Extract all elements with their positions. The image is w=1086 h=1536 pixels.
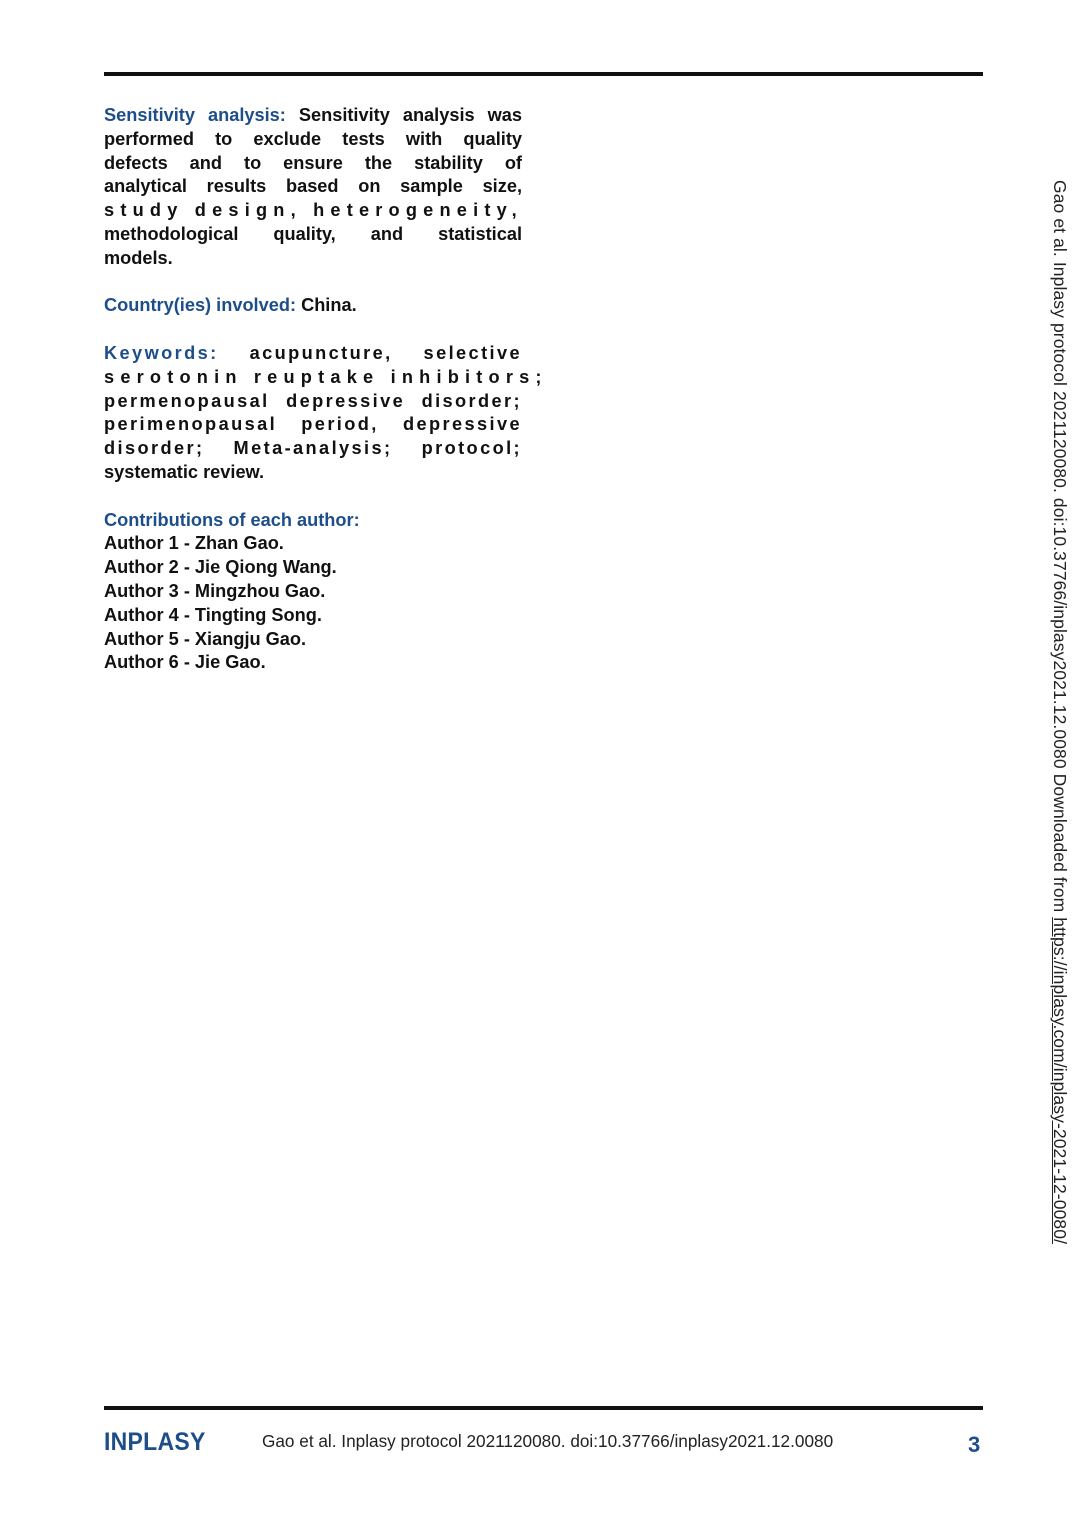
journal-logo: INPLASY — [104, 1428, 206, 1457]
author-list: Author 1 - Zhan Gao. Author 2 - Jie Qion… — [104, 532, 522, 675]
keywords-section: Keywords: acupuncture, selective seroton… — [104, 342, 522, 485]
author-item: Author 1 - Zhan Gao. — [104, 532, 522, 556]
header-rule — [104, 72, 983, 76]
contributions-label: Contributions of each author: — [104, 509, 522, 533]
author-item: Author 4 - Tingting Song. — [104, 604, 522, 628]
country-label: Country(ies) involved: — [104, 295, 296, 315]
country-section: Country(ies) involved: China. — [104, 294, 522, 318]
sensitivity-analysis-section: Sensitivity analysis: Sensitivity analys… — [104, 104, 522, 271]
side-download-note: Gao et al. Inplasy protocol 2021120080. … — [1049, 180, 1070, 1244]
download-link[interactable]: https://inplasy.com/inplasy-2021-12-0080… — [1050, 917, 1070, 1244]
country-value: China. — [301, 295, 357, 315]
author-item: Author 2 - Jie Qiong Wang. — [104, 556, 522, 580]
contributions-section: Contributions of each author: Author 1 -… — [104, 509, 522, 676]
footer-rule — [104, 1406, 983, 1410]
footer-citation: Gao et al. Inplasy protocol 2021120080. … — [262, 1431, 833, 1452]
author-item: Author 6 - Jie Gao. — [104, 651, 522, 675]
page-number: 3 — [968, 1432, 980, 1458]
sensitivity-analysis-label: Sensitivity analysis: — [104, 105, 286, 125]
author-item: Author 5 - Xiangju Gao. — [104, 628, 522, 652]
author-item: Author 3 - Mingzhou Gao. — [104, 580, 522, 604]
keywords-label: Keywords: — [104, 343, 219, 363]
main-column: Sensitivity analysis: Sensitivity analys… — [104, 104, 522, 699]
